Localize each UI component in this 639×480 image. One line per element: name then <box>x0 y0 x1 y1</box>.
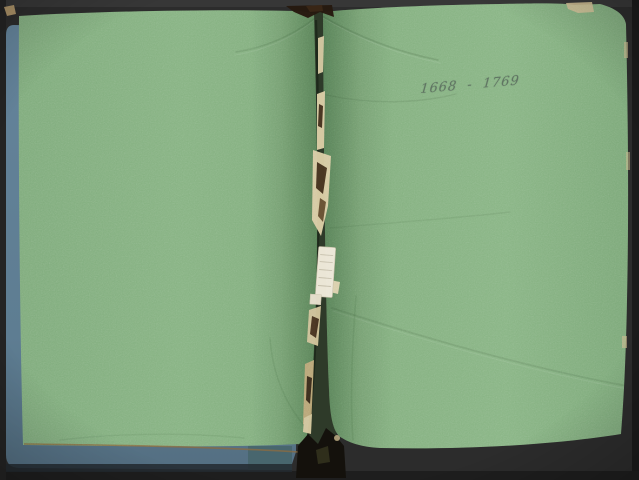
scan-vignette <box>0 0 639 480</box>
book-scan <box>0 0 639 480</box>
scan-viewport: 1668 - 1769 <box>0 0 639 480</box>
